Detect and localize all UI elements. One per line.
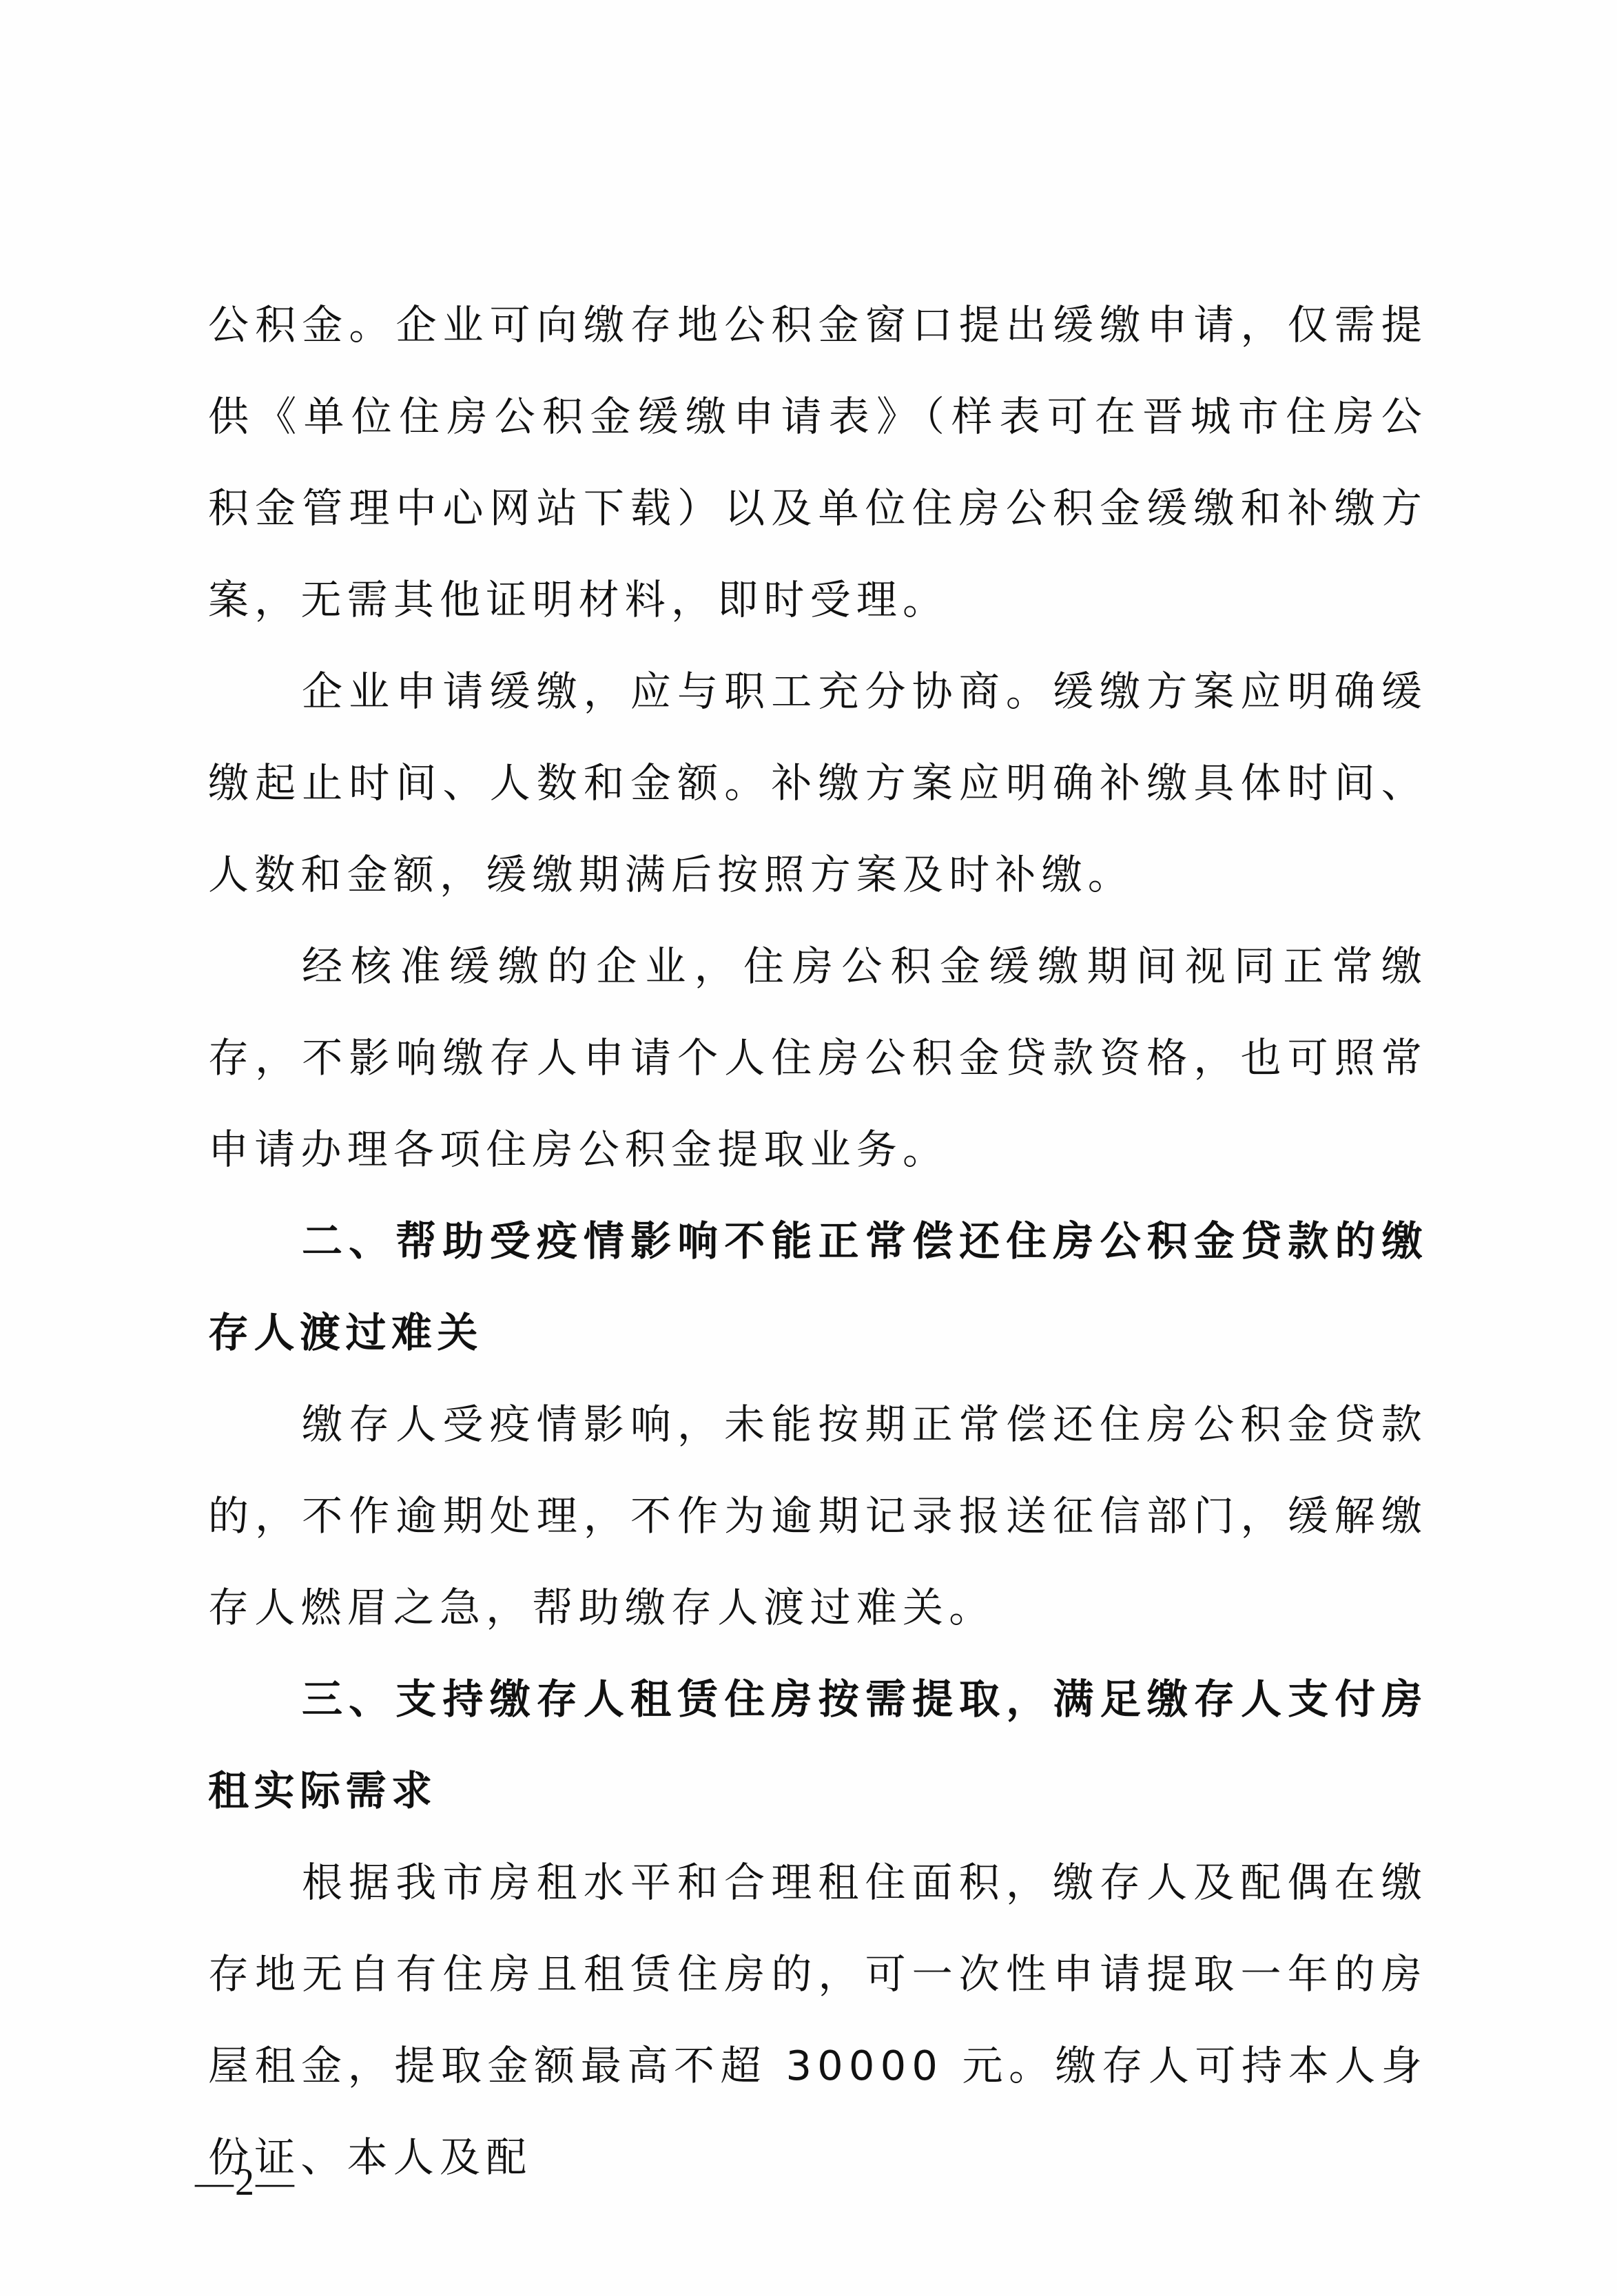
page-number: —2— <box>195 2155 296 2210</box>
paragraph-loan-relief: 缴存人受疫情影响，未能按期正常偿还住房公积金贷款的，不作逾期处理，不作为逾期记录… <box>208 1378 1428 1653</box>
paragraph-rent-withdrawal: 根据我市房租水平和合理租住面积，缴存人及配偶在缴存地无自有住房且租赁住房的，可一… <box>208 1837 1428 2203</box>
paragraph-deferral-status: 经核准缓缴的企业，住房公积金缓缴期间视同正常缴存，不影响缴存人申请个人住房公积金… <box>208 920 1428 1195</box>
document-page: 公积金。企业可向缴存地公积金窗口提出缓缴申请，仅需提供《单位住房公积金缓缴申请表… <box>0 0 1617 2296</box>
paragraph-application-materials: 公积金。企业可向缴存地公积金窗口提出缓缴申请，仅需提供《单位住房公积金缓缴申请表… <box>208 279 1428 645</box>
paragraph-negotiation-plan: 企业申请缓缴，应与职工充分协商。缓缴方案应明确缓缴起止时间、人数和金额。补缴方案… <box>208 645 1428 920</box>
section-heading-2: 二、帮助受疫情影响不能正常偿还住房公积金贷款的缴存人渡过难关 <box>208 1195 1428 1378</box>
document-body: 公积金。企业可向缴存地公积金窗口提出缓缴申请，仅需提供《单位住房公积金缓缴申请表… <box>208 279 1428 2203</box>
section-heading-3: 三、支持缴存人租赁住房按需提取，满足缴存人支付房租实际需求 <box>208 1653 1428 1837</box>
